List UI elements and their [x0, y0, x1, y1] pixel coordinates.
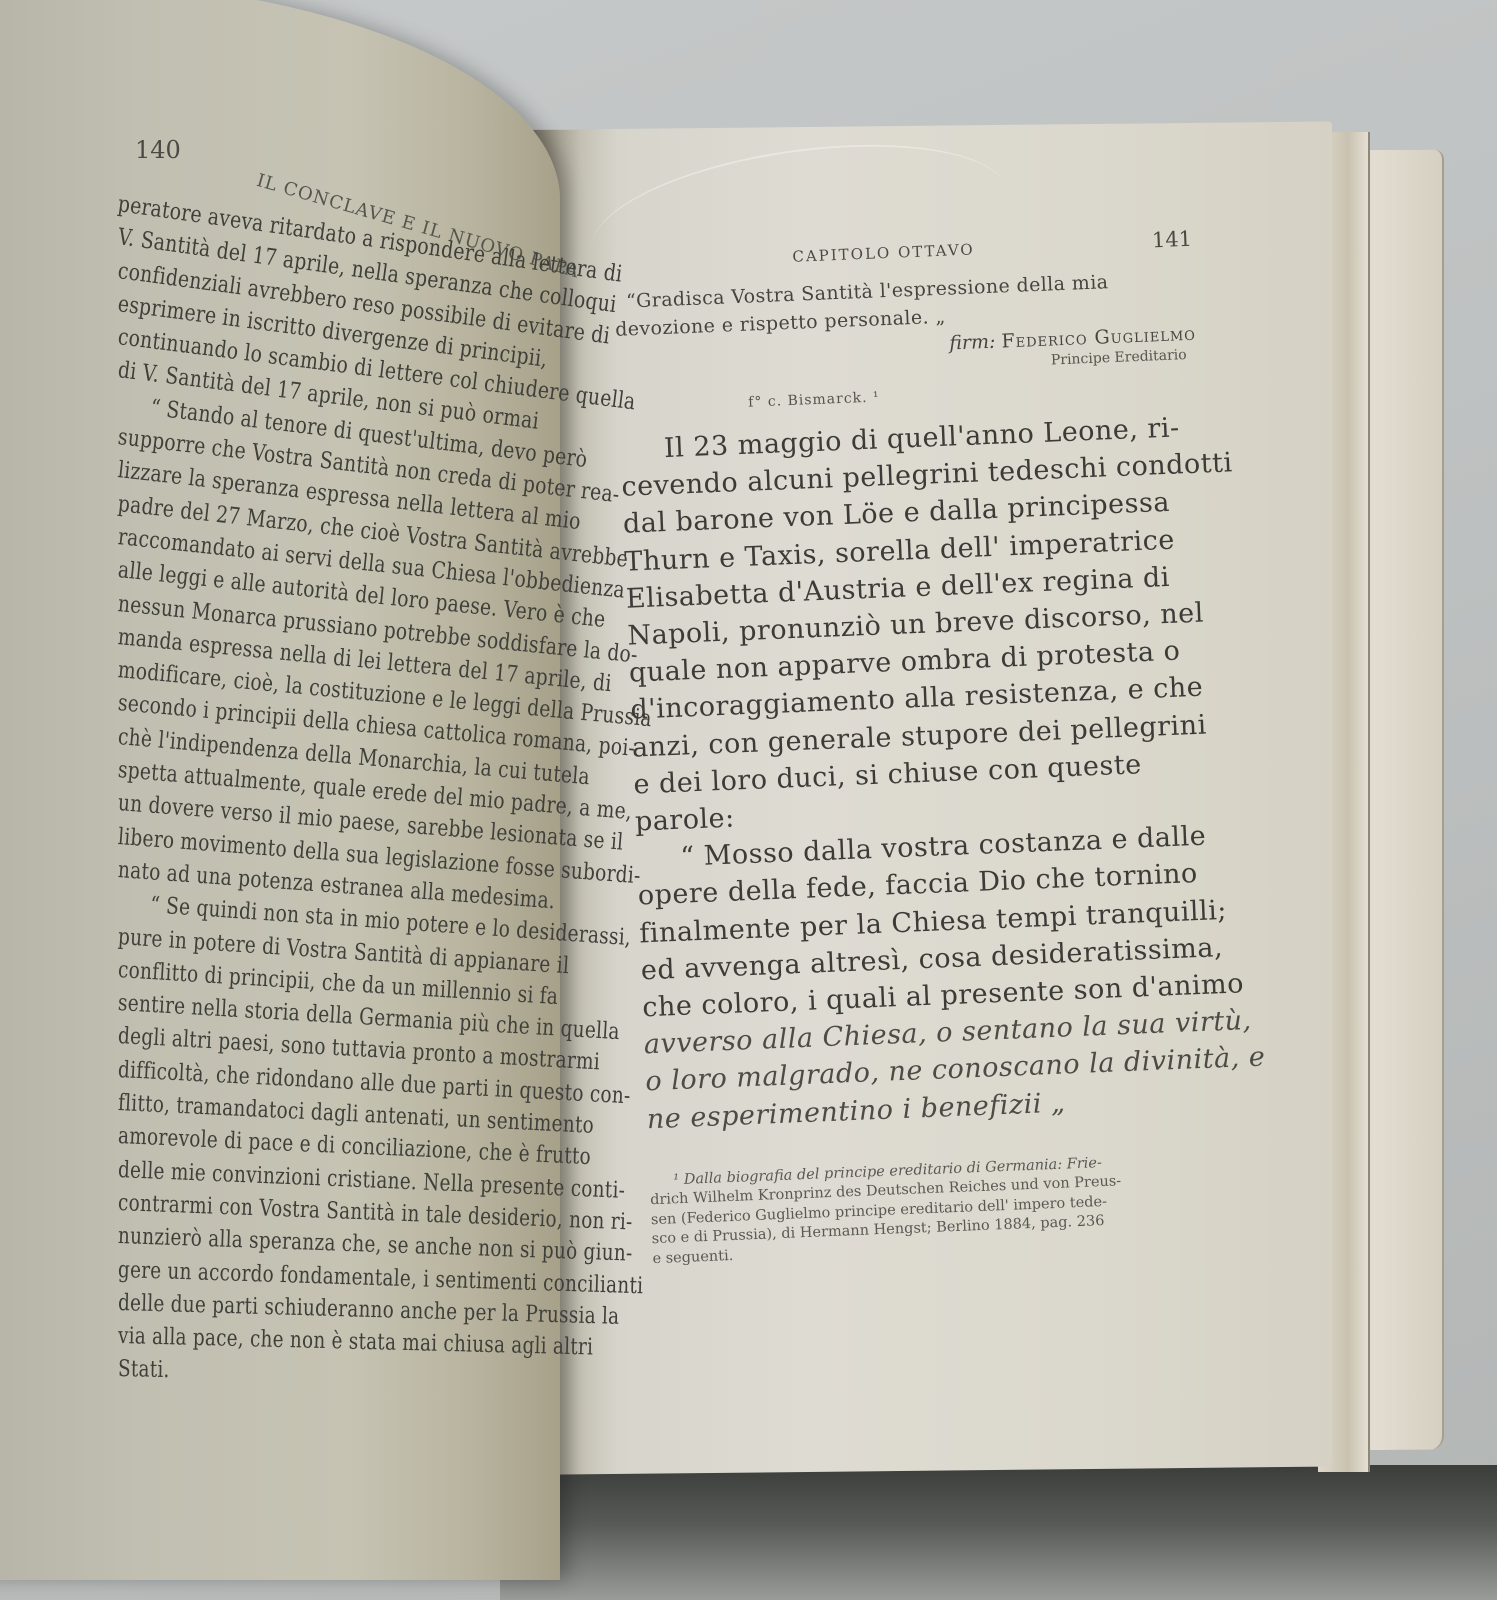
table-shadow — [500, 1465, 1497, 1600]
signature-prefix: firm: — [949, 331, 996, 355]
left-page-text: peratore aveva ritardato a rispondere al… — [118, 188, 548, 1387]
countersign: f° c. Bismarck. ¹ — [748, 377, 1198, 411]
right-running-header: CAPITOLO OTTAVO — [792, 240, 975, 265]
right-body-text: Il 23 maggio di quell'anno Leone, ri-cev… — [619, 409, 1227, 1139]
right-page-text: CAPITOLO OTTAVO 141 “Gradisca Vostra San… — [612, 227, 1232, 1270]
left-page-number: 140 — [135, 136, 181, 164]
right-page-number: 141 — [1151, 227, 1192, 253]
